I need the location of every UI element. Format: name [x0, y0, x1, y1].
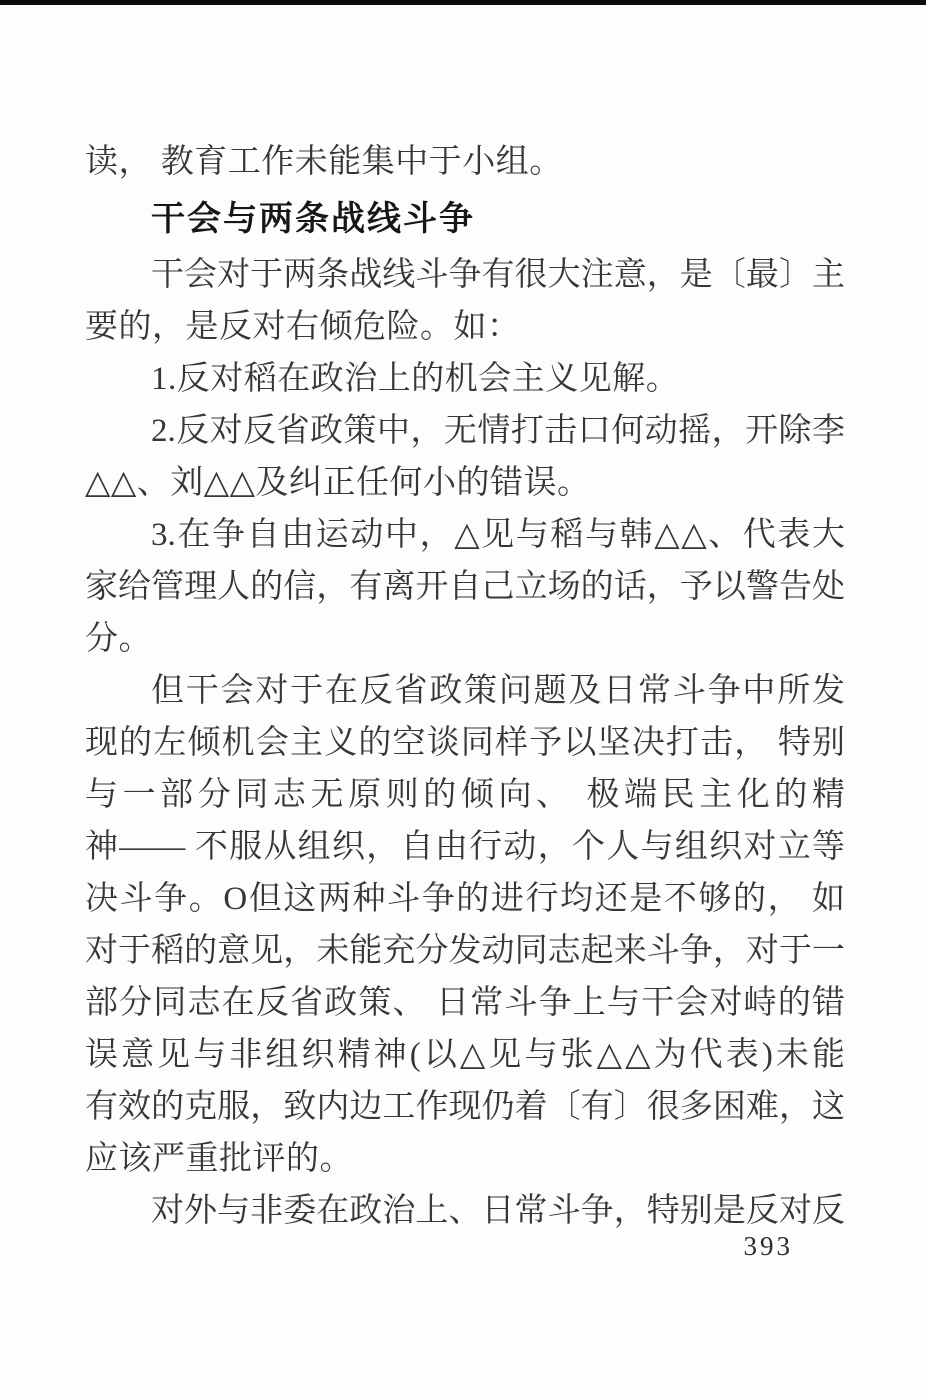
list-item-2: 2.反对反省政策中，无情打击口何动摇，开除李 — [85, 405, 845, 457]
page-number: 393 — [744, 1230, 794, 1262]
text-line: 误意见与非组织精神(以△见与张△△为代表)未能 — [85, 1029, 845, 1081]
text-line: 神—— 不服从组织，自由行动，个人与组织对立等坚 — [85, 821, 845, 873]
text-line: 读， 教育工作未能集中于小组。 — [85, 136, 845, 188]
text-line: 干会对于两条战线斗争有很大注意，是〔最〕主 — [85, 249, 845, 301]
text-line: 对外与非委在政治上、日常斗争，特别是反对反 — [85, 1185, 845, 1237]
text-line: 应该严重批评的。 — [85, 1133, 845, 1185]
text-line: 现的左倾机会主义的空谈同样予以坚决打击， 特别 — [85, 717, 845, 769]
section-heading: 干会与两条战线斗争 — [85, 193, 845, 245]
text-line: 但干会对于在反省政策问题及日常斗争中所发 — [85, 665, 845, 717]
text-block: 读， 教育工作未能集中于小组。 干会与两条战线斗争 干会对于两条战线斗争有很大注… — [85, 136, 845, 1237]
text-line: 要的，是反对右倾危险。如： — [85, 301, 845, 353]
text-line: 有效的克服，致内边工作现仍着〔有〕很多困难，这是 — [85, 1081, 845, 1133]
scanned-book-page: 读， 教育工作未能集中于小组。 干会与两条战线斗争 干会对于两条战线斗争有很大注… — [0, 0, 926, 1400]
text-line: 家给管理人的信，有离开自己立场的话，予以警告处 — [85, 561, 845, 613]
text-line: 对于稻的意见，未能充分发动同志起来斗争，对于一 — [85, 925, 845, 977]
text-line: 决斗争。O但这两种斗争的进行均还是不够的， 如 — [85, 873, 845, 925]
list-item-3: 3.在争自由运动中，△见与稻与韩△△、代表大 — [85, 509, 845, 561]
text-line: 分。 — [85, 613, 845, 665]
text-line: 与一部分同志无原则的倾向、 极端民主化的精 — [85, 769, 845, 821]
list-item-1: 1.反对稻在政治上的机会主义见解。 — [85, 353, 845, 405]
text-line: 部分同志在反省政策、 日常斗争上与干会对峙的错 — [85, 977, 845, 1029]
text-line: △△、刘△△及纠正任何小的错误。 — [85, 457, 845, 509]
scan-edge-bar — [0, 0, 926, 5]
